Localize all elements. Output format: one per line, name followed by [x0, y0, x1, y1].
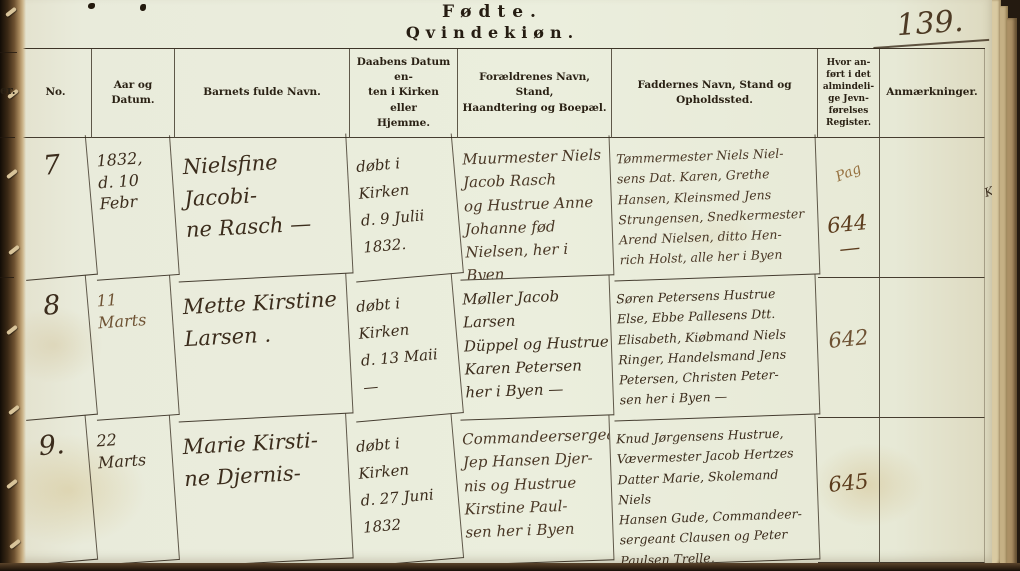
- row8-no: 8: [14, 275, 98, 421]
- row8-register-value: 642: [818, 324, 880, 354]
- ruled-line-stub: [0, 137, 15, 138]
- row8-register-ref: 642: [818, 278, 880, 418]
- col-header-child-name: Barnets fulde Navn.: [175, 49, 350, 138]
- ruled-line-stub: [0, 52, 17, 53]
- title-qvindekion: Qvindekiøn.: [20, 23, 965, 42]
- row7-no: 7: [14, 135, 98, 281]
- ruled-line-stub: [0, 277, 14, 278]
- row9-year-date: 22 Marts: [87, 415, 180, 565]
- row7-child-name: Nielsfine Jacobi- ne Rasch —: [171, 134, 353, 283]
- row8-remarks: [880, 278, 985, 418]
- row7-register-pag-label: Pag: [818, 154, 880, 192]
- row7-parents: Muurmester Niels Jacob Rasch og Hustrue …: [456, 135, 615, 280]
- register-table: No. Aar og Datum. Barnets fulde Navn. Da…: [20, 48, 985, 563]
- col-header-year-date: Aar og Datum.: [92, 49, 175, 138]
- title-fodte: Fødte.: [20, 2, 965, 22]
- row9-register-value: 645: [818, 468, 880, 498]
- row7-remarks: [880, 138, 985, 278]
- book-bottom-edge: [0, 563, 1020, 571]
- col-header-register-ref: Hvor an- ført i det almindeli- ge Jevn- …: [818, 49, 880, 138]
- row8-child-name: Mette Kirstine Larsen .: [171, 274, 353, 423]
- row9-witnesses: Knud Jørgensens Hustrue, Vævermester Jac…: [610, 414, 821, 566]
- row7-witnesses: Tømmermester Niels Niel- sens Dat. Karen…: [610, 134, 821, 281]
- row8-baptism: døbt i Kirken d. 13 Maii —: [344, 274, 464, 423]
- row7-year-date: 1832, d. 10 Febr: [87, 135, 180, 280]
- row8-witnesses: Søren Petersens Hustrue Else, Ebbe Palle…: [610, 274, 821, 421]
- row7-baptism: døbt i Kirken d. 9 Julii 1832.: [344, 134, 464, 283]
- col-header-remarks: Anmærkninger.: [880, 49, 985, 138]
- col-header-baptism-date: Daabens Datum en- ten i Kirken eller Hje…: [350, 49, 458, 138]
- paper-speck: [88, 3, 95, 9]
- previous-page-text-fragment: er.: [0, 84, 16, 97]
- page-title: Fødte. Qvindekiøn.: [20, 2, 965, 42]
- row8-parents: Møller Jacob Larsen Düppel og Hustrue Ka…: [456, 275, 615, 420]
- col-header-no: No.: [20, 49, 92, 138]
- row7-register-value: 644—: [818, 209, 880, 263]
- col-header-parents: Forældrenes Navn, Stand, Haandtering og …: [458, 49, 612, 138]
- page-edge-strip: [1007, 18, 1017, 571]
- row9-baptism: døbt i Kirken d. 27 Juni 1832: [344, 414, 464, 568]
- paper-speck: [140, 4, 146, 11]
- row9-remarks: [880, 418, 985, 563]
- row9-no: 9.: [14, 415, 98, 566]
- row7-register-ref: Pag 644—: [818, 138, 880, 278]
- scanned-parish-register-page: Fødte. Qvindekiøn. 139. No. Aar og Datum…: [0, 0, 1020, 571]
- page-number: 139.: [871, 2, 989, 49]
- row8-year-date: 11 Marts: [87, 275, 180, 420]
- row9-register-ref: 645: [818, 418, 880, 563]
- col-header-witnesses: Faddernes Navn, Stand og Opholdssted.: [612, 49, 818, 138]
- row9-child-name: Marie Kirsti- ne Djernis-: [171, 414, 353, 568]
- row9-parents: Commandeersergeant Jep Hansen Djer- nis …: [456, 415, 615, 565]
